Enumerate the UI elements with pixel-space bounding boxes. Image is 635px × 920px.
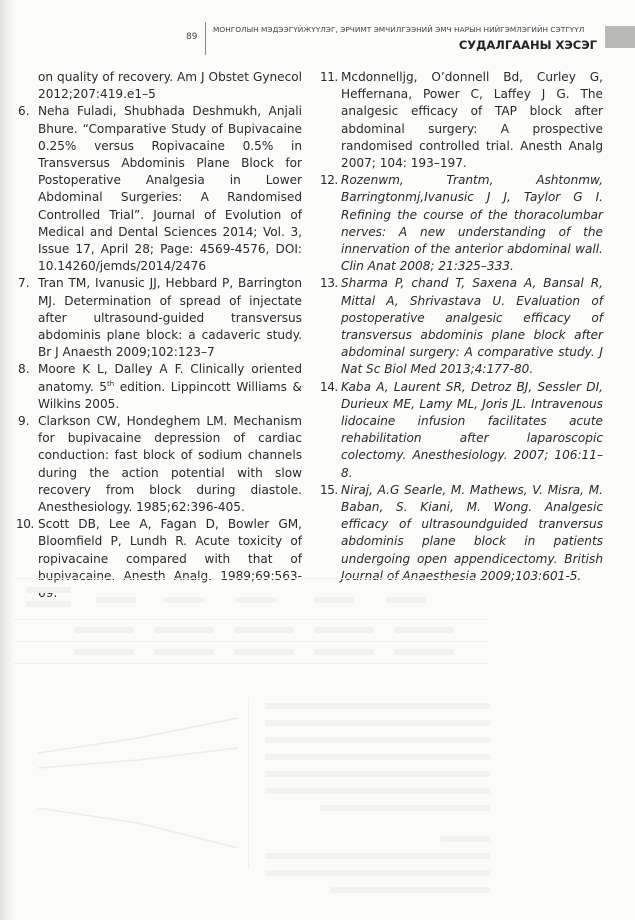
reference-number: 6. [18, 103, 30, 120]
show-through-rule [14, 641, 489, 642]
show-through-cell [26, 601, 71, 607]
reference-item: 12. Rozenwm, Trantm, Ashtonmw, Barringto… [321, 172, 603, 275]
reference-continuation: on quality of recovery. Am J Obstet Gyne… [18, 69, 302, 103]
show-through-line [440, 836, 490, 842]
show-through-chart-lines [18, 698, 248, 868]
section-title: СУДАЛГААНЫ ХЭСЭГ [459, 38, 597, 52]
reference-number: 15. [320, 482, 338, 499]
show-through-cell [154, 627, 214, 633]
show-through-chart [18, 698, 249, 868]
reference-number: 14. [320, 379, 338, 396]
show-through-rule [14, 619, 489, 620]
reference-number: 13. [320, 275, 338, 292]
show-through-line [265, 720, 490, 726]
reference-text: Sharma P, chand T, Saxena A, Bansal R, M… [341, 276, 603, 376]
references-right-column: 11. Mcdonnelljg, O’donnell Bd, Curley G,… [321, 69, 603, 585]
references-left-column: on quality of recovery. Am J Obstet Gyne… [18, 69, 302, 602]
reference-item: 15. Niraj, A.G Searle, M. Mathews, V. Mi… [321, 482, 603, 585]
show-through-rule [14, 663, 489, 664]
show-through-cell [314, 649, 374, 655]
reference-item: 14. Kaba A, Laurent SR, Detroz BJ, Sessl… [321, 379, 603, 482]
show-through-cell [74, 627, 134, 633]
reference-item: 11. Mcdonnelljg, O’donnell Bd, Curley G,… [321, 69, 603, 172]
show-through-cell [234, 627, 294, 633]
page-number: 89 [186, 32, 197, 42]
show-through-line [265, 853, 490, 859]
header-divider [205, 22, 206, 55]
show-through-cell [236, 597, 276, 603]
show-through-line [265, 754, 490, 760]
show-through-table [14, 578, 489, 669]
show-through-cell [154, 649, 214, 655]
reference-text: Clarkson CW, Hondeghem LM. Mechanism for… [38, 414, 302, 514]
reference-text: Mcdonnelljg, O’donnell Bd, Curley G, Hef… [341, 70, 603, 170]
reference-number: 7. [18, 275, 30, 292]
reference-number: 11. [320, 69, 338, 86]
show-through-line [265, 771, 490, 777]
reference-text: Moore K L, Dalley A F. Clinically orient… [38, 362, 302, 410]
journal-title: МОНГОЛЫН МЭДЭЭГҮЙЖҮҮЛЭГ, ЭРЧИМТ ЭМЧИЛГЭЭ… [213, 25, 598, 34]
reference-text: Kaba A, Laurent SR, Detroz BJ, Sessler D… [341, 380, 603, 480]
reference-item: 9. Clarkson CW, Hondeghem LM. Mechanism … [18, 413, 302, 516]
show-through-cell [234, 649, 294, 655]
reference-item: 8. Moore K L, Dalley A F. Clinically ori… [18, 361, 302, 413]
reference-text: Neha Fuladi, Shubhada Deshmukh, Anjali B… [38, 104, 302, 273]
reference-item: 6. Neha Fuladi, Shubhada Deshmukh, Anjal… [18, 103, 302, 275]
show-through-line [265, 788, 490, 794]
show-through-cell [394, 649, 454, 655]
show-through-cell [314, 597, 354, 603]
reference-item: 7. Tran TM, Ivanusic JJ, Hebbard P, Barr… [18, 275, 302, 361]
reference-number: 9. [18, 413, 30, 430]
show-through-cell [74, 649, 134, 655]
show-through-line [265, 703, 490, 709]
show-through-cell [314, 627, 374, 633]
show-through-cell [164, 597, 204, 603]
show-through-cell [26, 587, 71, 593]
show-through-line [320, 805, 490, 811]
show-through-line [265, 737, 490, 743]
show-through-line [265, 870, 490, 876]
section-marker-box [605, 26, 635, 48]
reference-text: Rozenwm, Trantm, Ashtonmw, Barringtonmj,… [341, 173, 603, 273]
reference-number: 8. [18, 361, 30, 378]
reference-number: 12. [320, 172, 338, 189]
reference-number: 10. [16, 516, 34, 533]
reference-text: Niraj, A.G Searle, M. Mathews, V. Misra,… [341, 483, 603, 583]
show-through-cell [386, 597, 426, 603]
reference-text: Tran TM, Ivanusic JJ, Hebbard P, Barring… [38, 276, 302, 359]
show-through-line [330, 887, 490, 893]
show-through-cell [394, 627, 454, 633]
page-edge-shadow [0, 0, 14, 920]
reference-item: 13. Sharma P, chand T, Saxena A, Bansal … [321, 275, 603, 378]
show-through-cell [96, 597, 136, 603]
